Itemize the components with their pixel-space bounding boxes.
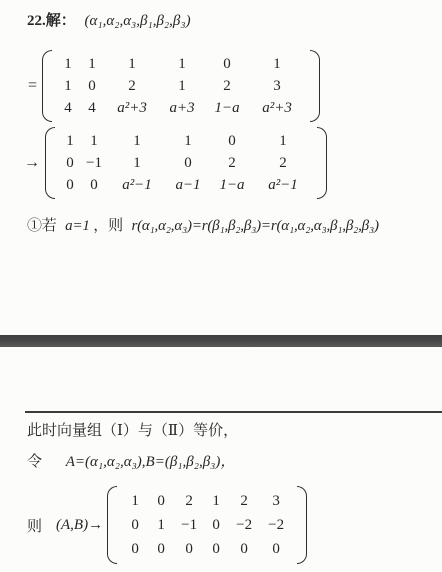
matrix-cell: 2 (174, 493, 204, 510)
matrix-equation-2: → 1111010−1102200a²−1a−11−aa²−1 (24, 127, 327, 199)
matrix-cell: 1 (105, 56, 159, 73)
matrix-cell: a²+3 (105, 100, 159, 117)
matrix-cell: 1 (108, 155, 166, 172)
matrix-3-body: 10212301−10−2−2000000 (119, 486, 295, 564)
left-paren (107, 486, 117, 564)
matrix-cell: a²−1 (108, 177, 166, 194)
matrix-cell: 1 (60, 133, 80, 150)
matrix-cell: 1 (159, 56, 205, 73)
matrix-cell: a−1 (166, 177, 210, 194)
matrix-cell: 2 (205, 78, 249, 95)
matrix-cell: 1−a (210, 177, 254, 194)
equals-sign: = (28, 77, 37, 95)
let-label: 令 (27, 454, 42, 470)
matrix-cell: 2 (254, 155, 312, 172)
matrix-2-body: 1111010−1102200a²−1a−11−aa²−1 (57, 127, 315, 199)
matrix-cell: −2 (260, 517, 292, 534)
let-definition-line: 令 A=(α₁,α₂,α₃),B=(β₁,β₂,β₃)， (27, 450, 235, 471)
matrix-cell: 1 (80, 133, 108, 150)
matrix-cell: 3 (260, 493, 292, 510)
left-paren (45, 127, 55, 199)
matrix-cell: 3 (249, 78, 305, 95)
matrix-cell: 0 (60, 155, 80, 172)
matrix-cell: 1 (166, 133, 210, 150)
matrix-cell: 1 (57, 78, 79, 95)
matrix-cell: a²+3 (249, 100, 305, 117)
matrix-1: 11110110212344a²+3a+31−aa²+3 (42, 50, 320, 122)
matrix-cell: 1 (204, 493, 228, 510)
matrix-cell: 2 (228, 493, 260, 510)
matrix-cell: a+3 (159, 100, 205, 117)
matrix-cell: 0 (148, 493, 174, 510)
matrix-cell: 4 (57, 100, 79, 117)
matrix-equation-1: = 11110110212344a²+3a+31−aa²+3 (28, 50, 320, 122)
matrix-3: 10212301−10−2−2000000 (107, 486, 307, 564)
matrix-cell: 1 (254, 133, 312, 150)
matrix-cell: 1−a (205, 100, 249, 117)
matrix-cell: 1 (57, 56, 79, 73)
matrix-cell: 0 (60, 177, 80, 194)
matrix-cell: 0 (122, 517, 148, 534)
matrix-1-body: 11110110212344a²+3a+31−aa²+3 (54, 50, 308, 122)
matrix-cell: 4 (79, 100, 105, 117)
matrix-cell: a²−1 (254, 177, 312, 194)
matrix-cell: −2 (228, 517, 260, 534)
equivalence-statement: 此时向量组（Ⅰ）与（Ⅱ）等价， (27, 419, 238, 440)
case-1-marker: ①若 (27, 218, 57, 234)
matrix-cell: 1 (159, 78, 205, 95)
problem-number-label: 22.解： (27, 13, 76, 29)
matrix-cell: 2 (105, 78, 159, 95)
matrix-cell: 0 (204, 541, 228, 558)
matrix-cell: 1 (79, 56, 105, 73)
matrix-cell: 1 (249, 56, 305, 73)
right-paren (297, 486, 307, 564)
left-paren (42, 50, 52, 122)
matrix-cell: 0 (79, 78, 105, 95)
right-paren (317, 127, 327, 199)
section-top-rule (25, 411, 442, 413)
matrix-cell: 0 (148, 541, 174, 558)
matrix-equation-3: 则 (A,B)→ 10212301−10−2−2000000 (27, 486, 307, 564)
matrix-cell: 0 (210, 133, 254, 150)
let-definition-math: A=(α₁,α₂,α₃),B=(β₁,β₂,β₃)， (66, 454, 236, 470)
then-label: 则 (27, 515, 42, 536)
equivalence-text: 此时向量组（Ⅰ）与（Ⅱ）等价， (27, 423, 238, 439)
matrix-cell: 1 (122, 493, 148, 510)
case-1-rank-expression: r(α₁,α₂,α₃)=r(β₁,β₂,β₃)=r(α₁,α₂,α₃,β₁,β₂… (131, 218, 378, 234)
case-1-connector: ，则 (93, 218, 123, 234)
matrix-2: 1111010−1102200a²−1a−11−aa²−1 (45, 127, 327, 199)
case-1-condition: a=1 (65, 218, 90, 234)
matrix-cell: −1 (174, 517, 204, 534)
matrix-cell: 0 (260, 541, 292, 558)
matrix-cell: 0 (205, 56, 249, 73)
matrix-cell: −1 (80, 155, 108, 172)
case-1-line: ①若 a=1 ，则 r(α₁,α₂,α₃)=r(β₁,β₂,β₃)=r(α₁,α… (27, 214, 379, 235)
matrix-cell: 0 (80, 177, 108, 194)
right-paren (310, 50, 320, 122)
ab-arrow-math: (A,B)→ (56, 517, 103, 534)
matrix-cell: 0 (166, 155, 210, 172)
matrix-cell: 0 (122, 541, 148, 558)
matrix-cell: 1 (148, 517, 174, 534)
title-vector-tuple: (α₁,α₂,α₃,β₁,β₂,β₃) (85, 13, 191, 29)
matrix-cell: 0 (204, 517, 228, 534)
matrix-cell: 2 (210, 155, 254, 172)
row-reduce-arrow: → (24, 154, 40, 172)
matrix-cell: 1 (108, 133, 166, 150)
matrix-cell: 0 (228, 541, 260, 558)
solution-title-line: 22.解： (α₁,α₂,α₃,β₁,β₂,β₃) (27, 9, 191, 30)
document-page: 22.解： (α₁,α₂,α₃,β₁,β₂,β₃) = 111101102123… (0, 0, 442, 572)
section-divider-bar (0, 335, 442, 347)
matrix-cell: 0 (174, 541, 204, 558)
